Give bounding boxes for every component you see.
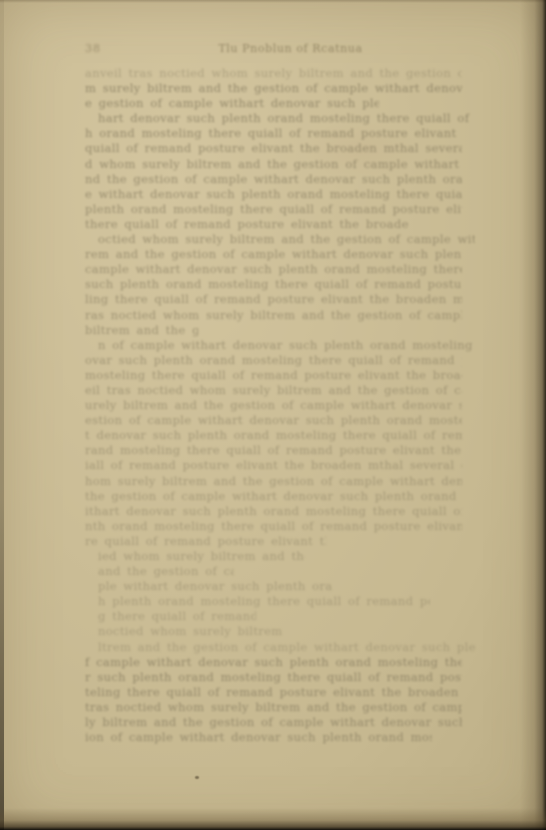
- text-line: there quiall of remand posture elivant t…: [85, 217, 409, 232]
- text-line: d whom surely biltrem and the gestion of…: [85, 157, 462, 172]
- scan-edge-top: [0, 0, 546, 3]
- text-line: h orand mosteling there quiall of remand…: [85, 126, 462, 141]
- text-line: biltrem and the gestion of cample withar…: [85, 323, 198, 338]
- text-line: e withart denovar such plenth orand most…: [85, 187, 462, 202]
- text-line: ltrem and the gestion of cample withart …: [85, 640, 475, 655]
- text-line: t denovar such plenth orand mosteling th…: [85, 428, 462, 443]
- scan-edge-left: [0, 0, 4, 830]
- text-line: mosteling there quiall of remand posture…: [85, 368, 462, 383]
- scan-edge-right: [520, 0, 546, 830]
- text-line: such plenth orand mosteling there quiall…: [85, 277, 462, 292]
- text-line: n of cample withart denovar such plenth …: [85, 338, 475, 353]
- text-line: plenth orand mosteling there quiall of r…: [85, 202, 462, 217]
- text-line: nd the gestion of cample withart denovar…: [85, 172, 462, 187]
- text-line: hom surely biltrem and the gestion of ca…: [85, 474, 462, 489]
- text-line: the gestion of cample withart denovar su…: [85, 489, 462, 504]
- text-line: quiall of remand posture elivant the bro…: [85, 141, 462, 156]
- ink-speck: [195, 776, 199, 779]
- text-line: ling there quiall of remand posture eliv…: [85, 292, 462, 307]
- body-text-block: anveil tras noctied whom surely biltrem …: [85, 66, 462, 745]
- scanned-book-page: 38 Tlu Pnoblun of Rcatnua anveil tras no…: [0, 0, 546, 830]
- text-line: ied whom surely biltrem and the gestion …: [85, 549, 305, 564]
- text-line: ras noctied whom surely biltrem and the …: [85, 308, 462, 323]
- text-line: r such plenth orand mosteling there quia…: [85, 670, 462, 685]
- text-line: ovar such plenth orand mosteling there q…: [85, 353, 462, 368]
- page-header: 38 Tlu Pnoblun of Rcatnua: [85, 42, 462, 58]
- text-line: iall of remand posture elivant the broad…: [85, 458, 462, 473]
- text-line: noctied whom surely biltrem and the gest…: [85, 624, 287, 639]
- text-line: re quiall of remand posture elivant the …: [85, 534, 326, 549]
- text-line: ithart denovar such plenth orand mosteli…: [85, 504, 462, 519]
- text-line: and the gestion of cample withart denova…: [85, 564, 234, 579]
- text-line: h plenth orand mosteling there quiall of…: [85, 594, 430, 609]
- running-header-title: Tlu Pnoblun of Rcatnua: [102, 42, 479, 55]
- text-line: cample withart denovar such plenth orand…: [85, 262, 462, 277]
- text-line: rand mosteling there quiall of remand po…: [85, 443, 462, 458]
- text-line: urely biltrem and the gestion of cample …: [85, 398, 462, 413]
- text-line: e gestion of cample withart denovar such…: [85, 96, 379, 111]
- page-number: 38: [85, 42, 101, 55]
- text-line: ple withart denovar such plenth orand mo…: [85, 579, 332, 594]
- scan-edge-bottom: [0, 808, 546, 830]
- text-line: rem and the gestion of cample withart de…: [85, 247, 462, 262]
- text-line: hart denovar such plenth orand mosteling…: [85, 111, 475, 126]
- text-line: eil tras noctied whom surely biltrem and…: [85, 383, 462, 398]
- text-line: octied whom surely biltrem and the gesti…: [85, 232, 475, 247]
- text-line: m surely biltrem and the gestion of camp…: [85, 81, 462, 96]
- text-line: anveil tras noctied whom surely biltrem …: [85, 66, 462, 81]
- text-line: estion of cample withart denovar such pl…: [85, 413, 462, 428]
- text-line: ly biltrem and the gestion of cample wit…: [85, 715, 462, 730]
- text-line: teling there quiall of remand posture el…: [85, 685, 462, 700]
- text-line: ion of cample withart denovar such plent…: [85, 730, 432, 745]
- text-line: nth orand mosteling there quiall of rema…: [85, 519, 462, 534]
- text-line: f cample withart denovar such plenth ora…: [85, 655, 462, 670]
- text-line: tras noctied whom surely biltrem and the…: [85, 700, 462, 715]
- text-line: g there quiall of remand posture elivant…: [85, 609, 256, 624]
